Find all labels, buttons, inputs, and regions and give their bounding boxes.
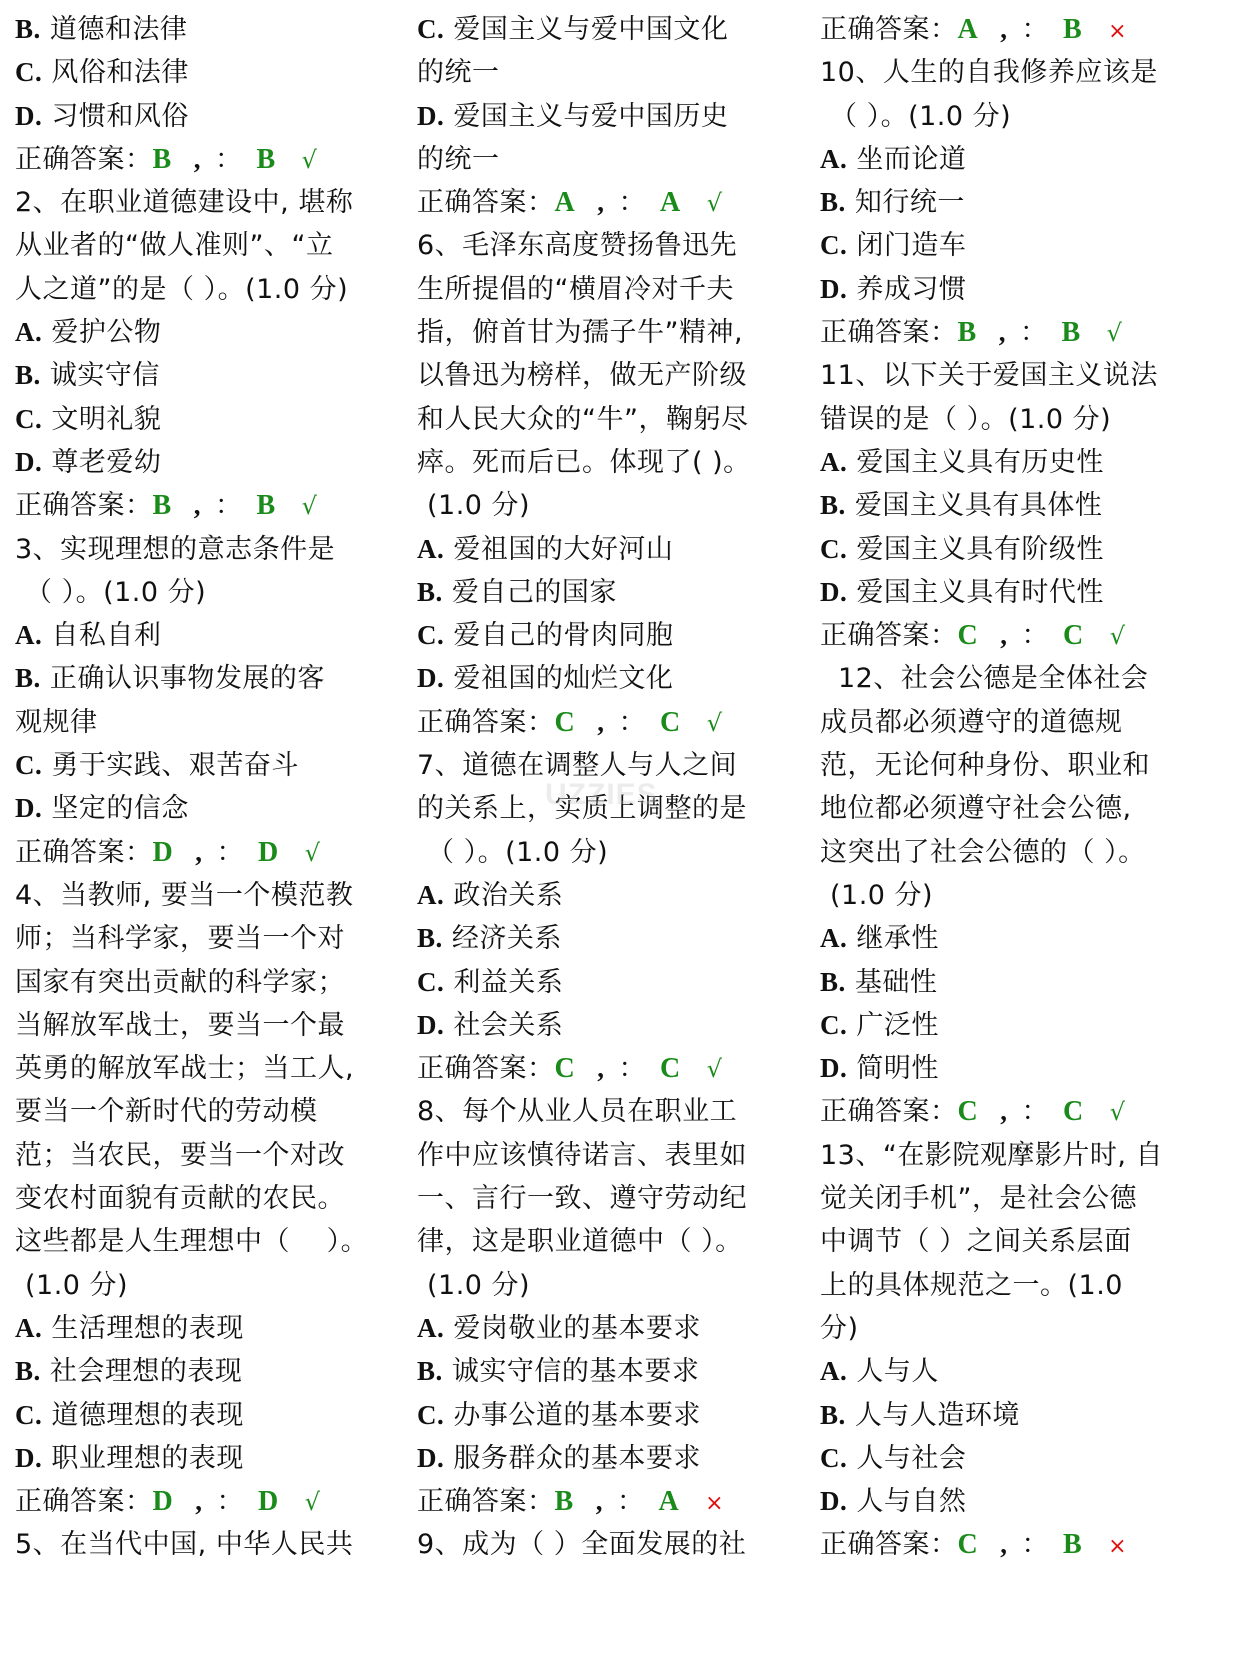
question-text: 地位都必须遵守社会公德,	[820, 793, 1132, 824]
option-text: 习惯和风俗	[51, 101, 189, 132]
answer-line: 正确答案：C,：C√	[417, 701, 817, 744]
colon: ：	[1021, 1523, 1049, 1566]
separator: ,	[999, 311, 1006, 354]
question-text: 师；当科学家，要当一个对	[15, 923, 345, 954]
answer-label: 正确答案：	[820, 620, 958, 651]
option-line: A. 政治关系	[417, 874, 817, 917]
option-line: C. 爱国主义具有阶级性	[820, 528, 1240, 571]
answer-line: 正确答案：C,：C√	[417, 1047, 817, 1090]
option-text: 风俗和法律	[51, 57, 189, 88]
option-text: 职业理想的表现	[51, 1443, 244, 1474]
question-text: 范，无论何种身份、职业和	[820, 750, 1150, 781]
option-text: 经济关系	[452, 923, 562, 954]
question-text-line: 范，无论何种身份、职业和	[820, 744, 1240, 787]
question-text: 要当一个新时代的劳动模	[15, 1096, 318, 1127]
given-answer: B	[1063, 1529, 1082, 1560]
question-text: 觉关闭手机”，是社会公德	[820, 1183, 1137, 1214]
answer-label: 正确答案：	[820, 14, 958, 45]
answer-label: 正确答案：	[15, 1486, 153, 1517]
option-letter: B.	[15, 14, 41, 44]
check-icon: √	[707, 1048, 723, 1091]
option-letter: C.	[15, 57, 42, 87]
question-text-line: 4、当教师, 要当一个模范教	[15, 874, 415, 917]
question-text: 8、每个从业人员在职业工	[417, 1096, 737, 1127]
option-text: 继承性	[856, 923, 939, 954]
watermark: UZZIES	[545, 778, 658, 812]
option-line: B. 人与人造环境	[820, 1394, 1240, 1437]
separator: ,	[195, 831, 202, 874]
separator: ,	[194, 138, 201, 181]
option-text: 社会理想的表现	[50, 1356, 243, 1387]
question-text: 人之道”的是（ ）。(1.0 分)	[15, 274, 348, 305]
option-text: 道德理想的表现	[51, 1400, 244, 1431]
option-letter: B.	[820, 187, 846, 217]
correct-answer: C	[555, 1053, 576, 1084]
option-text: 人与人造环境	[855, 1400, 1020, 1431]
option-letter: D.	[15, 1443, 42, 1473]
option-text: 人与自然	[856, 1486, 966, 1517]
option-letter: A.	[15, 317, 42, 347]
option-text: 爱祖国的灿烂文化	[453, 663, 673, 694]
question-text: 从业者的“做人准则”、“立	[15, 230, 333, 261]
correct-answer: C	[958, 620, 979, 651]
option-text: 爱国主义具有阶级性	[856, 534, 1104, 565]
given-answer: B	[256, 144, 275, 175]
answer-line: 正确答案：A,：B×	[820, 8, 1240, 51]
check-icon: √	[707, 702, 723, 745]
question-text: 英勇的解放军战士；当工人,	[15, 1053, 354, 1084]
option-text: 爱国主义具有时代性	[856, 577, 1104, 608]
answer-label: 正确答案：	[417, 1486, 555, 1517]
separator: ,	[1000, 8, 1007, 51]
question-text: （ ）。(1.0 分)	[427, 837, 608, 868]
option-text: 自私自利	[51, 620, 161, 651]
option-line: A. 爱国主义具有历史性	[820, 441, 1240, 484]
option-line: C. 勇于实践、艰苦奋斗	[15, 744, 415, 787]
option-letter: B.	[820, 967, 846, 997]
given-answer: B	[1061, 317, 1080, 348]
question-text-line: 变农村面貌有贡献的农民。	[15, 1177, 415, 1220]
question-text-line: 13、“在影院观摩影片时, 自	[820, 1134, 1240, 1177]
option-letter: D.	[15, 793, 42, 823]
option-letter: D.	[820, 577, 847, 607]
question-text-line: （ ）。(1.0 分)	[417, 831, 817, 874]
given-answer: C	[1063, 1096, 1084, 1127]
option-letter: A.	[417, 1313, 444, 1343]
option-line: D. 职业理想的表现	[15, 1437, 415, 1480]
question-text: 瘁。死而后已。体现了( )。	[417, 447, 751, 478]
question-text: 这些都是人生理想中（ ）。	[15, 1226, 368, 1257]
question-text-line: 和人民大众的“牛”，鞠躬尽	[417, 398, 817, 441]
option-letter: D.	[417, 663, 444, 693]
option-line: B. 社会理想的表现	[15, 1350, 415, 1393]
option-text: 爱国主义具有具体性	[855, 490, 1103, 521]
option-letter: D.	[15, 101, 42, 131]
question-text-line: 觉关闭手机”，是社会公德	[820, 1177, 1240, 1220]
question-text-line: 师；当科学家，要当一个对	[15, 917, 415, 960]
answer-label: 正确答案：	[417, 187, 555, 218]
option-text: 文明礼貌	[51, 404, 161, 435]
colon: ：	[1021, 614, 1049, 657]
question-text: 4、当教师, 要当一个模范教	[15, 880, 353, 911]
question-text: 上的具体规范之一。(1.0	[820, 1270, 1123, 1301]
option-text: 社会关系	[453, 1010, 563, 1041]
option-letter: B.	[417, 577, 443, 607]
check-icon: √	[1110, 1091, 1126, 1134]
question-text: 指，俯首甘为孺子牛”精神,	[417, 317, 743, 348]
question-text-line: 地位都必须遵守社会公德,	[820, 787, 1240, 830]
colon: ：	[618, 1047, 646, 1090]
question-text-line: 中调节（ ）之间关系层面	[820, 1220, 1240, 1263]
option-letter: A.	[820, 447, 847, 477]
option-line: C. 办事公道的基本要求	[417, 1394, 817, 1437]
question-text-line: (1.0 分)	[15, 1264, 415, 1307]
question-text-line: 从业者的“做人准则”、“立	[15, 224, 415, 267]
answer-label: 正确答案：	[15, 144, 153, 175]
answer-line: 正确答案：A,：A√	[417, 181, 817, 224]
given-answer: C	[1063, 620, 1084, 651]
question-text-line: 作中应该慎待诺言、表里如	[417, 1134, 817, 1177]
question-text-line: 9、成为（ ）全面发展的社	[417, 1523, 817, 1566]
option-text: 爱护公物	[51, 317, 161, 348]
option-line: B. 正确认识事物发展的客	[15, 657, 415, 700]
check-icon: √	[305, 832, 321, 875]
option-text: 闭门造车	[856, 230, 966, 261]
separator: ,	[1000, 1523, 1007, 1566]
option-letter: C.	[15, 750, 42, 780]
question-text-line: 律，这是职业道德中（ ）。	[417, 1220, 817, 1263]
question-text-line: 5、在当代中国, 中华人民共	[15, 1523, 415, 1566]
option-text: 坐而论道	[856, 144, 966, 175]
question-text: (1.0 分)	[25, 1270, 128, 1301]
colon: ：	[1021, 1090, 1049, 1133]
option-text: 正确认识事物发展的客	[50, 663, 325, 694]
question-text-line: 的统一	[417, 138, 817, 181]
colon: ：	[617, 1480, 645, 1523]
option-letter: B.	[15, 1356, 41, 1386]
question-text: (1.0 分)	[830, 880, 933, 911]
given-answer: C	[660, 1053, 681, 1084]
option-text: 广泛性	[856, 1010, 939, 1041]
question-text-line: 要当一个新时代的劳动模	[15, 1090, 415, 1133]
option-letter: A.	[820, 144, 847, 174]
question-text: 的统一	[417, 144, 500, 175]
separator: ,	[1000, 614, 1007, 657]
answer-label: 正确答案：	[820, 1529, 958, 1560]
question-text-line: 这突出了社会公德的（ ）。	[820, 831, 1240, 874]
separator: ,	[597, 701, 604, 744]
option-text: 基础性	[855, 967, 938, 998]
question-text-line: 范；当农民，要当一个对改	[15, 1134, 415, 1177]
option-text: 勇于实践、艰苦奋斗	[51, 750, 299, 781]
option-line: B. 基础性	[820, 961, 1240, 1004]
cross-icon: ×	[1108, 1525, 1127, 1568]
option-text: 爱国主义与爱中国历史	[453, 101, 728, 132]
option-line: D. 服务群众的基本要求	[417, 1437, 817, 1480]
option-line: B. 知行统一	[820, 181, 1240, 224]
option-line: D. 尊老爱幼	[15, 441, 415, 484]
option-line: C. 风俗和法律	[15, 51, 415, 94]
given-answer: B	[256, 490, 275, 521]
check-icon: √	[1107, 312, 1123, 355]
question-text-line: (1.0 分)	[820, 874, 1240, 917]
correct-answer: B	[153, 490, 172, 521]
option-text: 服务群众的基本要求	[453, 1443, 701, 1474]
option-letter: C.	[820, 230, 847, 260]
option-line: D. 简明性	[820, 1047, 1240, 1090]
answer-line: 正确答案：C,：B×	[820, 1523, 1240, 1566]
colon: ：	[215, 484, 243, 527]
check-icon: √	[302, 139, 318, 182]
option-line: A. 爱岗敬业的基本要求	[417, 1307, 817, 1350]
option-letter: B.	[15, 663, 41, 693]
answer-label: 正确答案：	[417, 1053, 555, 1084]
option-line: C. 道德理想的表现	[15, 1394, 415, 1437]
correct-answer: C	[958, 1529, 979, 1560]
option-letter: C.	[15, 1400, 42, 1430]
question-text-line: 英勇的解放军战士；当工人,	[15, 1047, 415, 1090]
option-text: 养成习惯	[856, 274, 966, 305]
option-line: C. 人与社会	[820, 1437, 1240, 1480]
given-answer: C	[660, 707, 681, 738]
option-text: 政治关系	[453, 880, 563, 911]
question-text-line: 10、人生的自我修养应该是	[820, 51, 1240, 94]
option-line: D. 爱国主义与爱中国历史	[417, 95, 817, 138]
question-text: 一、言行一致、遵守劳动纪	[417, 1183, 747, 1214]
question-text: 生所提倡的“横眉冷对千夫	[417, 274, 734, 305]
option-line: B. 经济关系	[417, 917, 817, 960]
answer-line: 正确答案：B,：B√	[820, 311, 1240, 354]
option-text: 利益关系	[453, 967, 563, 998]
question-text: 范；当农民，要当一个对改	[15, 1140, 345, 1171]
question-text-line: 3、实现理想的意志条件是	[15, 528, 415, 571]
option-line: D. 社会关系	[417, 1004, 817, 1047]
question-text-line: （ ）。(1.0 分)	[820, 95, 1240, 138]
answer-label: 正确答案：	[15, 490, 153, 521]
answer-line: 正确答案：B,：A×	[417, 1480, 817, 1523]
option-text: 办事公道的基本要求	[453, 1400, 701, 1431]
question-text: 10、人生的自我修养应该是	[820, 57, 1158, 88]
option-line: C. 爱国主义与爱中国文化	[417, 8, 817, 51]
question-text-line: 上的具体规范之一。(1.0	[820, 1264, 1240, 1307]
option-letter: A.	[15, 620, 42, 650]
question-text-line: 国家有突出贡献的科学家；	[15, 961, 415, 1004]
answer-line: 正确答案：B,：B√	[15, 484, 415, 527]
option-letter: A.	[820, 1356, 847, 1386]
separator: ,	[596, 1480, 603, 1523]
colon: ：	[618, 181, 646, 224]
colon: ：	[216, 1480, 244, 1523]
option-line: A. 自私自利	[15, 614, 415, 657]
option-line: D. 养成习惯	[820, 268, 1240, 311]
check-icon: √	[1110, 615, 1126, 658]
question-text-line: (1.0 分)	[417, 1264, 817, 1307]
question-text: 7、道德在调整人与人之间	[417, 750, 737, 781]
question-text-line: 8、每个从业人员在职业工	[417, 1090, 817, 1133]
option-line: D. 习惯和风俗	[15, 95, 415, 138]
colon: ：	[1020, 311, 1048, 354]
option-text: 诚实守信	[50, 360, 160, 391]
question-text-line: 的统一	[417, 51, 817, 94]
question-text: 这突出了社会公德的（ ）。	[820, 837, 1146, 868]
question-text: 当解放军战士，要当一个最	[15, 1010, 345, 1041]
option-letter: A.	[417, 880, 444, 910]
cross-icon: ×	[705, 1482, 724, 1525]
option-letter: C.	[15, 404, 42, 434]
question-text: (1.0 分)	[427, 1270, 530, 1301]
question-text: 分)	[820, 1313, 859, 1344]
given-answer: A	[658, 1486, 679, 1517]
option-letter: B.	[417, 923, 443, 953]
question-text: 的统一	[417, 57, 500, 88]
question-text: 11、以下关于爱国主义说法	[820, 360, 1158, 391]
option-line: A. 爱护公物	[15, 311, 415, 354]
option-letter: D.	[417, 101, 444, 131]
option-text: 爱自己的国家	[452, 577, 617, 608]
option-letter: D.	[820, 1486, 847, 1516]
correct-answer: D	[153, 837, 174, 868]
option-letter: C.	[417, 967, 444, 997]
option-text: 生活理想的表现	[51, 1313, 244, 1344]
option-text: 道德和法律	[50, 14, 188, 45]
option-line: B. 爱自己的国家	[417, 571, 817, 614]
question-text-line: 错误的是（ ）。(1.0 分)	[820, 398, 1240, 441]
question-text: 3、实现理想的意志条件是	[15, 534, 335, 565]
option-text: 爱岗敬业的基本要求	[453, 1313, 701, 1344]
option-text: 尊老爱幼	[51, 447, 161, 478]
answer-label: 正确答案：	[820, 317, 958, 348]
option-letter: C.	[417, 14, 444, 44]
check-icon: √	[305, 1481, 321, 1524]
option-text: 诚实守信的基本要求	[452, 1356, 700, 1387]
question-text-line: 这些都是人生理想中（ ）。	[15, 1220, 415, 1263]
answer-line: 正确答案：D,：D√	[15, 831, 415, 874]
question-text: 中调节（ ）之间关系层面	[820, 1226, 1132, 1257]
option-line: B. 诚实守信	[15, 354, 415, 397]
option-letter: D.	[417, 1443, 444, 1473]
question-text: (1.0 分)	[427, 490, 530, 521]
question-text: （ ）。(1.0 分)	[830, 101, 1011, 132]
option-line: A. 人与人	[820, 1350, 1240, 1393]
question-text: 错误的是（ ）。(1.0 分)	[820, 404, 1111, 435]
question-text: 成员都必须遵守的道德规	[820, 707, 1123, 738]
option-line: D. 坚定的信念	[15, 787, 415, 830]
question-text-line: 11、以下关于爱国主义说法	[820, 354, 1240, 397]
question-text: 12、社会公德是全体社会	[838, 663, 1148, 694]
correct-answer: B	[153, 144, 172, 175]
question-text-line: 12、社会公德是全体社会	[820, 657, 1240, 700]
question-text-line: 2、在职业道德建设中, 堪称	[15, 181, 415, 224]
option-text: 知行统一	[855, 187, 965, 218]
option-text: 爱国主义与爱中国文化	[453, 14, 728, 45]
separator: ,	[597, 1047, 604, 1090]
question-text-line: 指，俯首甘为孺子牛”精神,	[417, 311, 817, 354]
question-text-line: （ ）。(1.0 分)	[15, 571, 415, 614]
colon: ：	[1021, 8, 1049, 51]
given-answer: B	[1063, 14, 1082, 45]
option-line: C. 文明礼貌	[15, 398, 415, 441]
given-answer: D	[258, 1486, 279, 1517]
exam-answer-sheet: B. 道德和法律C. 风俗和法律D. 习惯和风俗正确答案：B,：B√2、在职业道…	[0, 0, 1242, 1656]
answer-line: 正确答案：C,：C√	[820, 1090, 1240, 1133]
option-line: A. 爱祖国的大好河山	[417, 528, 817, 571]
option-letter: A.	[820, 923, 847, 953]
answer-line: 正确答案：B,：B√	[15, 138, 415, 181]
question-text: （ ）。(1.0 分)	[25, 577, 206, 608]
question-text-line: 分)	[820, 1307, 1240, 1350]
option-text: 简明性	[856, 1053, 939, 1084]
question-text: 以鲁迅为榜样，做无产阶级	[417, 360, 747, 391]
option-letter: B.	[417, 1356, 443, 1386]
option-line: B. 爱国主义具有具体性	[820, 484, 1240, 527]
check-icon: √	[707, 182, 723, 225]
option-line: C. 爱自己的骨肉同胞	[417, 614, 817, 657]
correct-answer: C	[555, 707, 576, 738]
correct-answer: A	[958, 14, 979, 45]
option-text: 爱祖国的大好河山	[453, 534, 673, 565]
question-text-line: (1.0 分)	[417, 484, 817, 527]
option-line: C. 广泛性	[820, 1004, 1240, 1047]
option-letter: C.	[820, 534, 847, 564]
separator: ,	[194, 484, 201, 527]
question-text-line: 6、毛泽东高度赞扬鲁迅先	[417, 224, 817, 267]
option-text: 人与人	[856, 1356, 939, 1387]
correct-answer: C	[958, 1096, 979, 1127]
option-letter: D.	[15, 447, 42, 477]
option-line: B. 道德和法律	[15, 8, 415, 51]
option-letter: B.	[820, 490, 846, 520]
correct-answer: D	[153, 1486, 174, 1517]
question-text-line: 观规律	[15, 701, 415, 744]
given-answer: A	[660, 187, 681, 218]
option-line: A. 坐而论道	[820, 138, 1240, 181]
question-text: 律，这是职业道德中（ ）。	[417, 1226, 743, 1257]
question-text: 13、“在影院观摩影片时, 自	[820, 1140, 1163, 1171]
question-text-line: 生所提倡的“横眉冷对千夫	[417, 268, 817, 311]
question-text: 作中应该慎待诺言、表里如	[417, 1140, 747, 1171]
option-letter: C.	[417, 620, 444, 650]
colon: ：	[216, 831, 244, 874]
correct-answer: A	[555, 187, 576, 218]
correct-answer: B	[555, 1486, 574, 1517]
option-letter: A.	[15, 1313, 42, 1343]
option-letter: C.	[417, 1400, 444, 1430]
question-text: 国家有突出贡献的科学家；	[15, 967, 345, 998]
option-letter: D.	[417, 1010, 444, 1040]
question-text-line: 以鲁迅为榜样，做无产阶级	[417, 354, 817, 397]
column-3: 正确答案：A,：B×10、人生的自我修养应该是（ ）。(1.0 分)A. 坐而论…	[820, 8, 1240, 1567]
option-letter: D.	[820, 274, 847, 304]
cross-icon: ×	[1108, 10, 1127, 53]
option-letter: C.	[820, 1010, 847, 1040]
option-letter: C.	[820, 1443, 847, 1473]
option-line: D. 爱国主义具有时代性	[820, 571, 1240, 614]
option-line: B. 诚实守信的基本要求	[417, 1350, 817, 1393]
separator: ,	[195, 1480, 202, 1523]
colon: ：	[215, 138, 243, 181]
question-text-line: 成员都必须遵守的道德规	[820, 701, 1240, 744]
option-letter: D.	[820, 1053, 847, 1083]
answer-line: 正确答案：C,：C√	[820, 614, 1240, 657]
question-text: 和人民大众的“牛”，鞠躬尽	[417, 404, 748, 435]
option-letter: A.	[417, 534, 444, 564]
separator: ,	[1000, 1090, 1007, 1133]
question-text-line: 当解放军战士，要当一个最	[15, 1004, 415, 1047]
question-text-line: 瘁。死而后已。体现了( )。	[417, 441, 817, 484]
given-answer: D	[258, 837, 279, 868]
option-letter: B.	[15, 360, 41, 390]
question-text: 观规律	[15, 707, 98, 738]
